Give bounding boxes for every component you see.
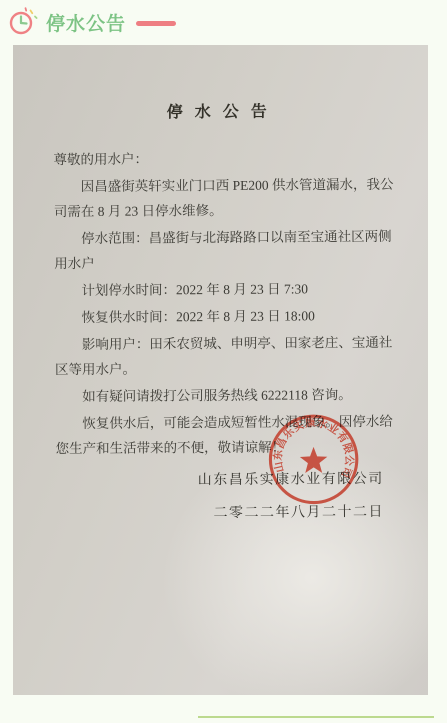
company-seal-stamp: 山东昌乐实康水业有限公司 bbox=[265, 411, 362, 508]
section-divider bbox=[198, 716, 434, 718]
notice-paragraph: 因昌盛街英轩实业门口西 PE200 供水管道漏水，我公司需在 8 月 23 日停… bbox=[54, 172, 399, 224]
notice-paragraph: 停水范围：昌盛街与北海路路口以南至宝通社区两侧用水户 bbox=[54, 224, 399, 276]
seal-star bbox=[300, 447, 328, 473]
title-dash-decoration bbox=[136, 21, 176, 26]
page-title: 停水公告 bbox=[46, 9, 126, 36]
notice-paragraph: 影响用户：田禾农贸城、申明亭、田家老庄、宝通社区等用水户。 bbox=[55, 330, 400, 382]
notice-paragraph: 如有疑问请拨打公司服务热线 6222118 咨询。 bbox=[55, 382, 400, 409]
notice-paragraph: 恢复供水时间：2022 年 8 月 23 日 18:00 bbox=[55, 303, 400, 330]
notice-paragraph: 计划停水时间：2022 年 8 月 23 日 7:30 bbox=[54, 276, 399, 303]
alarm-clock-icon bbox=[8, 6, 38, 38]
notice-document: 停 水 公 告 尊敬的用水户： 因昌盛街英轩实业门口西 PE200 供水管道漏水… bbox=[11, 44, 431, 697]
page-header: 停水公告 bbox=[8, 6, 176, 38]
notice-photo[interactable]: 停 水 公 告 尊敬的用水户： 因昌盛街英轩实业门口西 PE200 供水管道漏水… bbox=[13, 45, 428, 695]
notice-title: 停 水 公 告 bbox=[11, 98, 426, 124]
notice-salutation: 尊敬的用水户： bbox=[53, 145, 398, 172]
